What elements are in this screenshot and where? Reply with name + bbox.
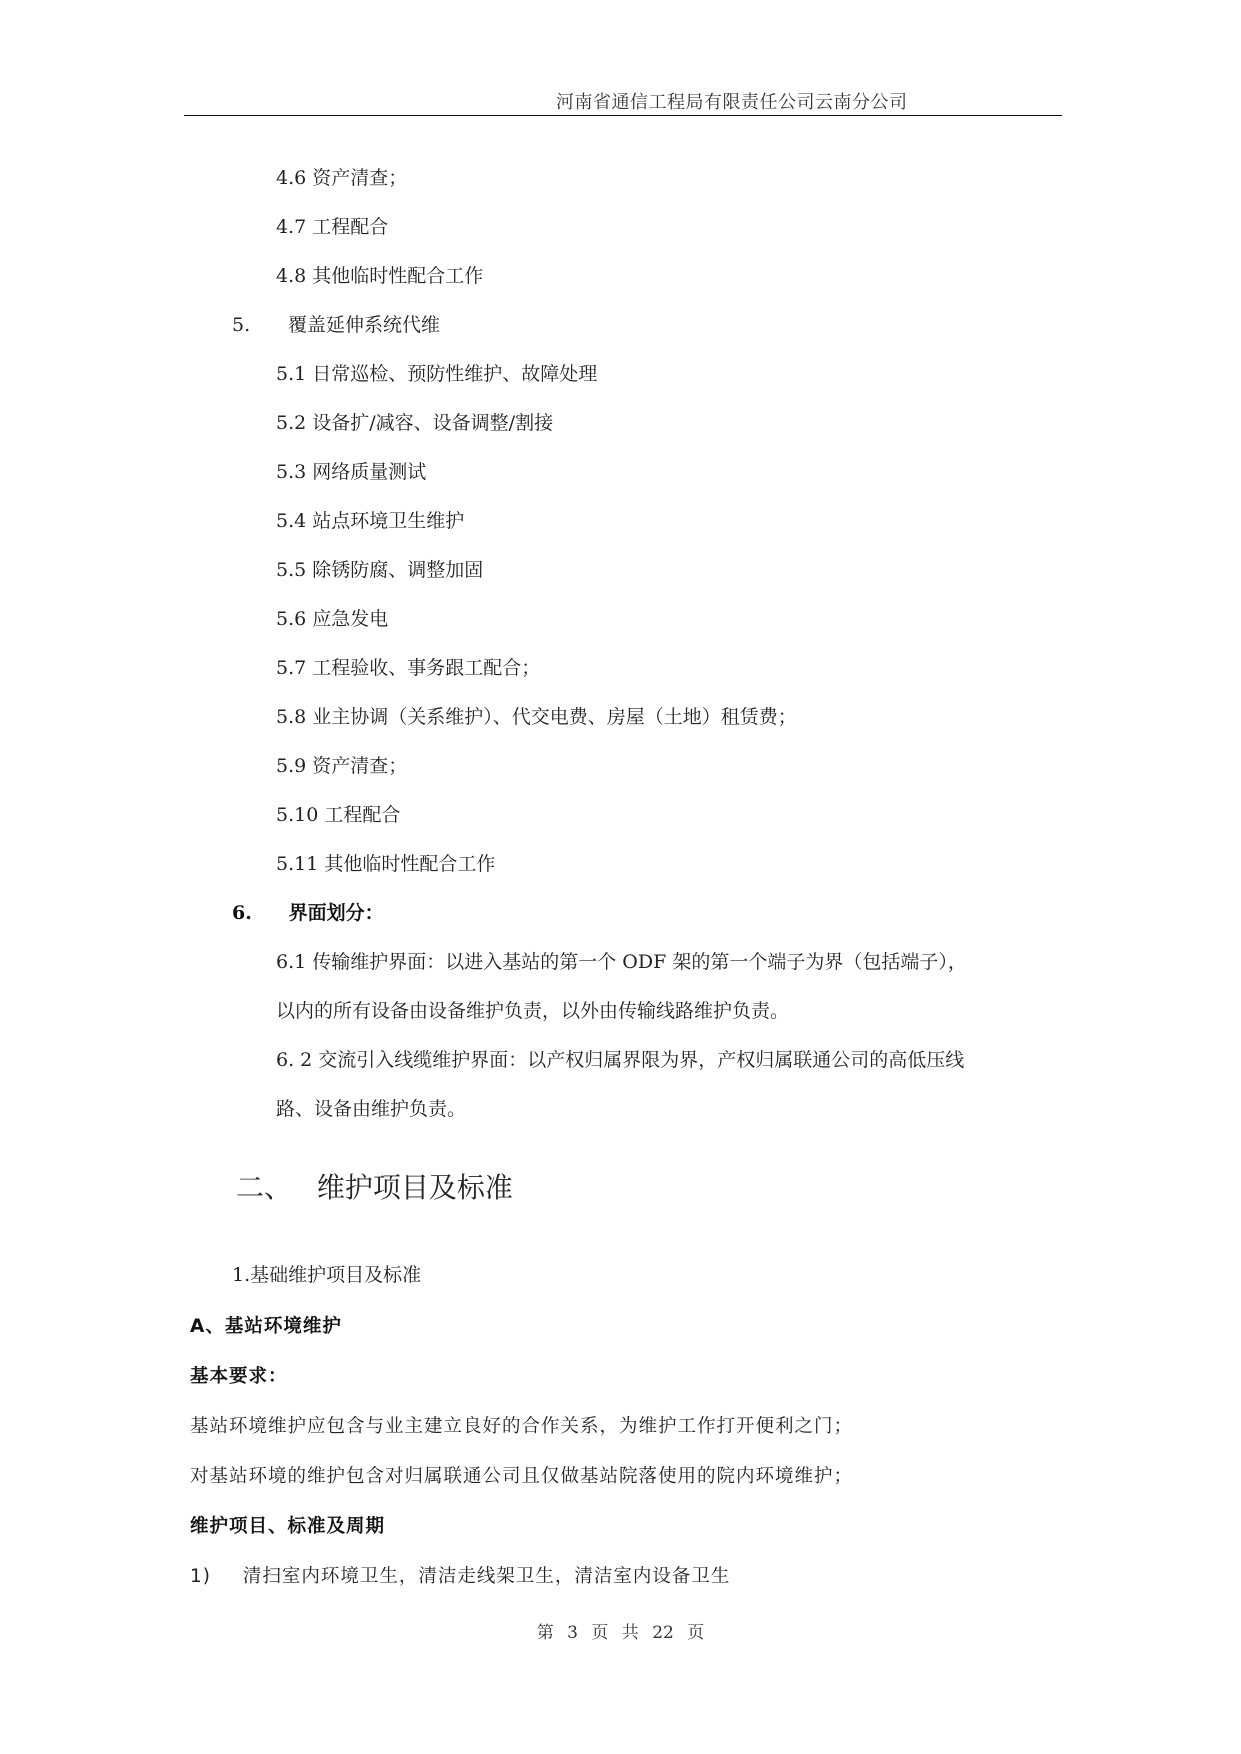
section-number: 5.: [232, 314, 282, 336]
item-number: 1): [190, 1566, 236, 1587]
list-item: 5.4 站点环境卫生维护: [276, 506, 464, 533]
item-text: 日常巡检、预防性维护、故障处理: [312, 363, 597, 385]
section-a-heading: A、基站环境维护: [190, 1312, 342, 1338]
item-number: 4.7: [276, 216, 306, 238]
requirement-line: 对基站环境的维护包含对归属联通公司且仅做基站院落使用的院内环境维护；: [190, 1462, 853, 1488]
header-divider: [184, 115, 1062, 116]
section-number: 6.: [232, 902, 282, 924]
item-text: 除锈防腐、调整加固: [312, 559, 483, 581]
list-item: 5.8 业主协调（关系维护）、代交电费、房屋（土地）租赁费；: [276, 702, 797, 729]
chapter-heading: 二、 维护项目及标准: [236, 1166, 513, 1206]
item-text: 工程验收、事务跟工配合；: [312, 657, 540, 679]
items-label: 维护项目、标准及周期: [190, 1512, 385, 1538]
item-text: 清扫室内环境卫生，清洁走线架卫生，清洁室内设备卫生: [243, 1566, 731, 1587]
item-text: 工程配合: [324, 804, 400, 826]
list-item: 4.8 其他临时性配合工作: [276, 261, 483, 288]
item-number: 5.2: [276, 412, 306, 434]
list-item: 1) 清扫室内环境卫生，清洁走线架卫生，清洁室内设备卫生: [190, 1562, 730, 1588]
item-text: 业主协调（关系维护）、代交电费、房屋（土地）租赁费；: [312, 706, 797, 728]
item-number: 5.11: [276, 853, 318, 875]
item-number: 5.6: [276, 608, 306, 630]
list-item: 5.9 资产清查；: [276, 751, 407, 778]
item-number: 5.8: [276, 706, 306, 728]
item-number: 5.5: [276, 559, 306, 581]
list-item: 5.3 网络质量测试: [276, 457, 426, 484]
item-text: 其他临时性配合工作: [324, 853, 495, 875]
item-number: 4.6: [276, 167, 306, 189]
basic-requirements-label: 基本要求：: [190, 1362, 288, 1388]
list-item: 4.7 工程配合: [276, 212, 388, 239]
section-5-heading: 5. 覆盖延伸系统代维: [232, 310, 440, 337]
item-text: 其他临时性配合工作: [312, 265, 483, 287]
list-item: 5.11 其他临时性配合工作: [276, 849, 495, 876]
section-6-heading: 6. 界面划分：: [232, 898, 384, 925]
list-item: 4.6 资产清查；: [276, 163, 407, 190]
item-number: 5.4: [276, 510, 306, 532]
item-number: 5.3: [276, 461, 306, 483]
paragraph-line: 以内的所有设备由设备维护负责，以外由传输线路维护负责。: [276, 996, 789, 1023]
item-text: 应急发电: [312, 608, 388, 630]
list-item: 5.10 工程配合: [276, 800, 400, 827]
document-header-company: 河南省通信工程局有限责任公司云南分公司: [556, 88, 908, 114]
paragraph-line: 6.1 传输维护界面：以进入基站的第一个 ODF 架的第一个端子为界（包括端子）…: [276, 947, 967, 974]
item-number: 5.1: [276, 363, 306, 385]
list-item: 5.5 除锈防腐、调整加固: [276, 555, 483, 582]
list-item: 5.2 设备扩/减容、设备调整/割接: [276, 408, 553, 435]
item-number: 5.10: [276, 804, 318, 826]
item-number: 5.9: [276, 755, 306, 777]
item-number: 5.7: [276, 657, 306, 679]
item-text: 设备扩/减容、设备调整/割接: [312, 412, 553, 434]
list-item: 5.7 工程验收、事务跟工配合；: [276, 653, 540, 680]
requirement-line: 基站环境维护应包含与业主建立良好的合作关系，为维护工作打开便利之门；: [190, 1412, 853, 1438]
item-text: 网络质量测试: [312, 461, 426, 483]
list-item: 5.1 日常巡检、预防性维护、故障处理: [276, 359, 597, 386]
item-text: 资产清查；: [312, 167, 407, 189]
subsection-heading: 1.基础维护项目及标准: [232, 1260, 421, 1287]
paragraph-line: 路、设备由维护负责。: [276, 1094, 466, 1121]
section-title: 覆盖延伸系统代维: [288, 314, 440, 336]
chapter-number: 二、: [236, 1166, 308, 1206]
item-number: 4.8: [276, 265, 306, 287]
section-title: 界面划分：: [289, 902, 384, 924]
chapter-title: 维护项目及标准: [317, 1171, 513, 1204]
item-text: 站点环境卫生维护: [312, 510, 464, 532]
page-number-footer: 第 3 页 共 22 页: [0, 1618, 1241, 1643]
list-item: 5.6 应急发电: [276, 604, 388, 631]
paragraph-line: 6. 2 交流引入线缆维护界面：以产权归属界限为界，产权归属联通公司的高低压线: [276, 1045, 964, 1072]
item-text: 工程配合: [312, 216, 388, 238]
item-text: 资产清查；: [312, 755, 407, 777]
